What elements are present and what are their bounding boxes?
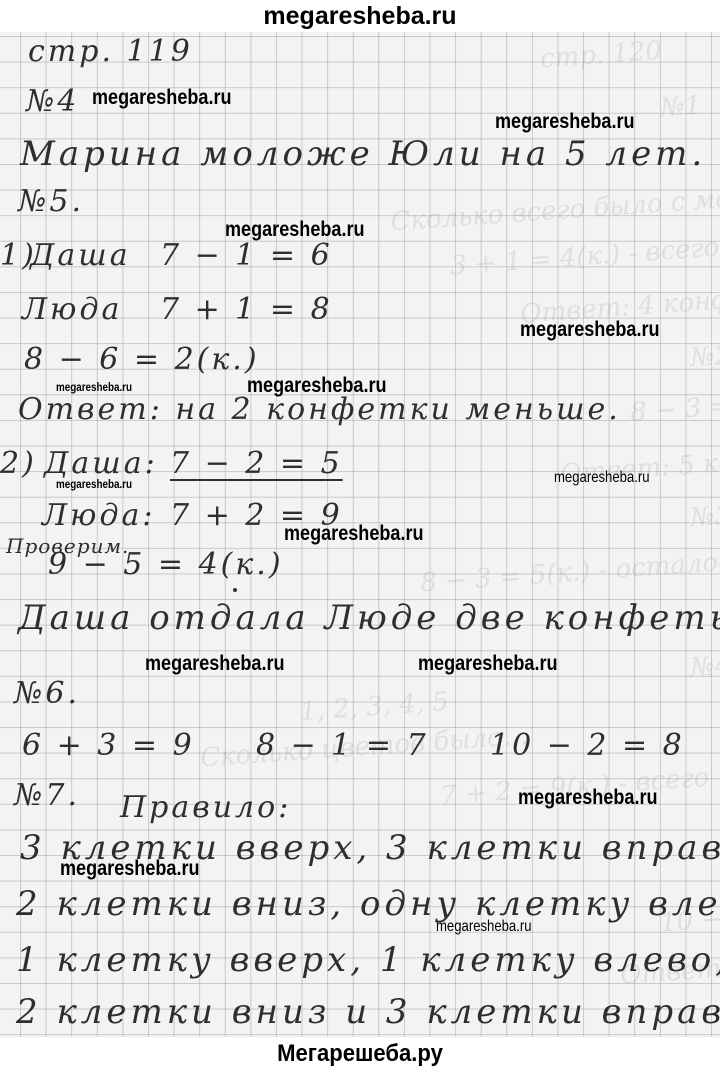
task-5-part2-dasha-expr: 7 − 2 = 5	[170, 446, 343, 481]
task-5-conclusion: Даша отдала Люде две конфеты	[18, 598, 720, 638]
watermark: megaresheba.ru	[225, 218, 365, 242]
watermark: megaresheba.ru	[92, 86, 232, 110]
watermark: megaresheba.ru	[284, 522, 424, 546]
task-5-part2-dasha-name: Даша:	[44, 446, 158, 481]
task-5-number: №5.	[18, 184, 84, 219]
bleed-through-text: стр. 120	[539, 36, 663, 74]
bleed-through-text: 8 − 3 = 5(к.)	[629, 386, 720, 428]
watermark: megaresheba.ru	[56, 380, 132, 394]
watermark: megaresheba.ru	[436, 918, 532, 936]
task-5-part1-luda-name: Люда	[22, 292, 122, 327]
bleed-through-text: №1	[659, 91, 702, 124]
watermark: megaresheba.ru	[247, 374, 387, 398]
task-6-equation-3: 10 − 2 = 8	[490, 728, 685, 763]
watermark: megaresheba.ru	[60, 857, 200, 881]
task-4-answer: Марина моложе Юли на 5 лет.	[20, 134, 706, 174]
bleed-through-text: №4	[689, 651, 720, 684]
task-5-check-expr: 9 − 5 = 4(к.)	[48, 547, 284, 582]
task-7-line-4: 2 клетки вниз и 3 клетки вправо.	[16, 992, 720, 1032]
task-5-part1-difference: 8 − 6 = 2(к.)	[24, 342, 260, 377]
task-7-line-3: 1 клетку вверх, 1 клетку влево,	[16, 940, 720, 980]
task-7-number: №7.	[14, 778, 80, 813]
site-footer-watermark: Мегарешеба.ру	[29, 1037, 691, 1071]
task-6-equation-2: 8 − 1 = 7	[256, 728, 429, 763]
bleed-through-text: 3 + 1 = 4(к.) - всего	[449, 233, 720, 282]
page-reference: стр. 119	[28, 34, 193, 69]
watermark: megaresheba.ru	[554, 469, 650, 487]
bleed-through-text: №2	[689, 341, 720, 374]
watermark: megaresheba.ru	[418, 652, 558, 676]
task-7-line-2: 2 клетки вниз, одну клетку влево,	[16, 884, 720, 924]
task-5-part1-dasha-name: Даша	[30, 238, 131, 273]
task-7-title: Правило:	[120, 790, 291, 825]
bleed-through-text: №3	[689, 501, 720, 534]
task-6-number: №6.	[14, 676, 80, 711]
task-4-number: №4	[26, 84, 79, 119]
task-5-part1-dasha-expr: 7 − 1 = 6	[160, 238, 333, 273]
ink-dot	[233, 588, 237, 592]
watermark: megaresheba.ru	[520, 318, 660, 342]
watermark: megaresheba.ru	[518, 786, 658, 810]
bleed-through-text: Сколько всего было с момент…	[389, 176, 720, 237]
watermark: megaresheba.ru	[495, 110, 635, 134]
bleed-through-text: 8 − 3 = 5(к.) - осталось	[419, 546, 720, 599]
bleed-through-text: 1, 2, 3, 4, 5	[299, 687, 450, 727]
site-header-watermark: megaresheba.ru	[0, 0, 720, 32]
task-5-part1-luda-expr: 7 + 1 = 8	[160, 292, 333, 327]
task-5-part2-label: 2)	[0, 446, 37, 481]
task-6-equation-1: 6 + 3 = 9	[22, 728, 195, 763]
task-5-part2-luda-name: Люда:	[42, 498, 155, 533]
notebook-page: стр. 120 №1 Сколько всего было с момент……	[0, 32, 720, 1037]
watermark: megaresheba.ru	[145, 652, 285, 676]
watermark: megaresheba.ru	[56, 477, 132, 491]
